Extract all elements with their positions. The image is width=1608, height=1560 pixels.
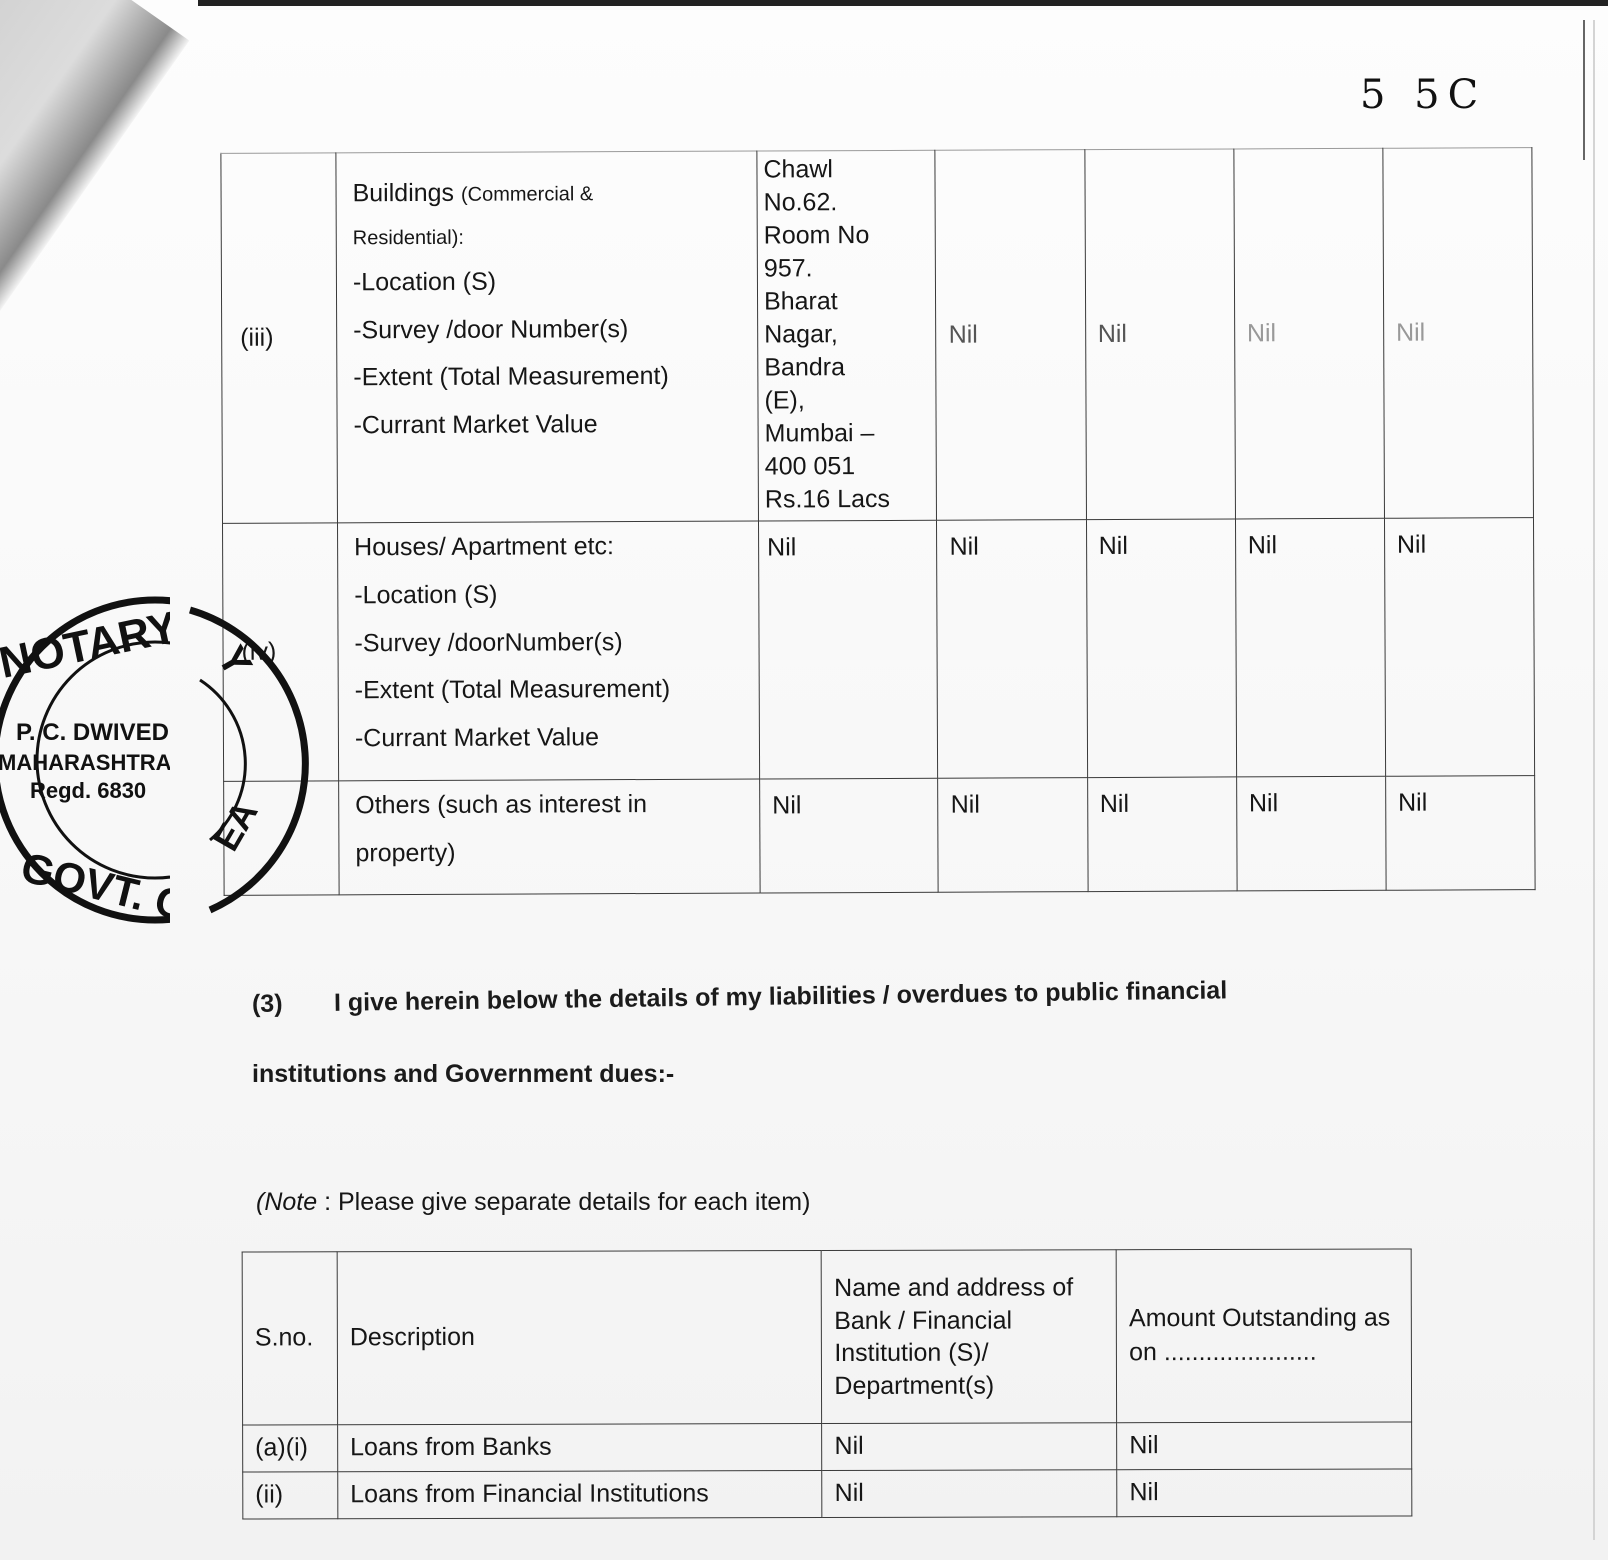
location-line: Mumbai – xyxy=(765,417,933,451)
notary-stamp-right-arc: Y EA xyxy=(170,590,320,930)
description-line: -Location (S) xyxy=(353,264,745,299)
table-row: (iii) Buildings (Commercial & Residentia… xyxy=(221,148,1534,524)
location-line: No.62. xyxy=(764,186,932,220)
value-cell: Nil xyxy=(1383,148,1534,519)
note-body: : Please give separate details for each … xyxy=(317,1188,810,1216)
svg-text:Regd. 6830: Regd. 6830 xyxy=(30,778,146,803)
value-cell: Nil xyxy=(1385,775,1535,890)
location-cell: Nil xyxy=(760,778,939,893)
row-description: Buildings (Commercial & Residential): -L… xyxy=(336,151,759,523)
row-amount: Nil xyxy=(1117,1422,1412,1470)
section-text-line1: I give herein below the details of my li… xyxy=(334,976,1228,1016)
description-line: -Location (S) xyxy=(354,577,746,612)
row-sno: (ii) xyxy=(243,1472,338,1519)
header-sno: S.no. xyxy=(242,1252,337,1425)
value-cell: Nil xyxy=(1384,518,1534,776)
section-3-statement: (3)I give herein below the details of my… xyxy=(252,976,1228,1019)
location-line: Nagar, xyxy=(764,318,932,352)
location-line: (E), xyxy=(764,384,932,418)
row-bank: Nil xyxy=(822,1423,1117,1471)
row-description: Others (such as interest in property) xyxy=(339,779,760,895)
row-amount: Nil xyxy=(1117,1469,1412,1517)
value-cell: Nil xyxy=(935,150,1086,521)
description-line: -Currant Market Value xyxy=(354,408,746,443)
location-line: Room No xyxy=(764,219,932,253)
value-cell: Nil xyxy=(1087,777,1237,892)
folded-corner-shadow xyxy=(0,0,189,335)
row-description: Houses/ Apartment etc: -Location (S) -Su… xyxy=(338,521,760,781)
description-title: Buildings (Commercial & xyxy=(352,176,744,211)
row-bank: Nil xyxy=(822,1469,1117,1517)
assets-table: (iii) Buildings (Commercial & Residentia… xyxy=(220,147,1535,896)
page-right-edge-dark xyxy=(1583,20,1585,160)
value-cell: Nil xyxy=(1084,149,1235,520)
value-cell: Nil xyxy=(937,520,1087,778)
notary-stamp-left-half: NOTARY P. C. DWIVEDI MAHARASHTRA Regd. 6… xyxy=(0,590,170,930)
value-cell: Nil xyxy=(1235,518,1385,776)
location-line: Bharat xyxy=(764,285,932,319)
header-amount: Amount Outstanding as on ...............… xyxy=(1116,1249,1411,1423)
description-line: -Currant Market Value xyxy=(355,721,747,756)
value-cell: Nil xyxy=(938,777,1088,892)
location-line: 957. xyxy=(764,252,932,286)
row-description: Loans from Financial Institutions xyxy=(338,1470,823,1518)
section-text-line2: institutions and Government dues:- xyxy=(252,1060,674,1089)
header-description: Description xyxy=(337,1251,822,1425)
svg-text:EA: EA xyxy=(205,794,266,858)
table-header-row: S.no. Description Name and address of Ba… xyxy=(242,1249,1411,1425)
page-right-edge xyxy=(1593,20,1595,1540)
value-cell: Nil xyxy=(1236,776,1386,891)
location-value: Rs.16 Lacs xyxy=(765,483,933,517)
table-row: (a)(i) Loans from Banks Nil Nil xyxy=(243,1422,1412,1472)
value-cell: Nil xyxy=(1086,519,1236,777)
table-row: (iv) Houses/ Apartment etc: -Location (S… xyxy=(223,518,1535,781)
liabilities-table: S.no. Description Name and address of Ba… xyxy=(242,1248,1413,1519)
description-line: -Extent (Total Measurement) xyxy=(353,360,745,395)
description-line: -Survey /doorNumber(s) xyxy=(354,625,746,660)
description-line: -Survey /door Number(s) xyxy=(353,312,745,347)
description-title-cont: Residential): xyxy=(353,223,745,252)
location-line: Chawl xyxy=(763,153,931,187)
scan-top-edge xyxy=(198,0,1608,6)
description-line: Others (such as interest in xyxy=(355,787,747,822)
row-description: Loans from Banks xyxy=(338,1424,823,1472)
notary-stamp-icon: NOTARY P. C. DWIVEDI MAHARASHTRA Regd. 6… xyxy=(0,590,170,930)
document-page: 5 5C (iii) Buildings (Commercial & Resid… xyxy=(0,0,1608,1560)
handwritten-page-number: 5 5C xyxy=(1360,72,1486,118)
svg-text:MAHARASHTRA: MAHARASHTRA xyxy=(0,750,170,775)
description-line: property) xyxy=(355,835,747,870)
location-cell: Nil xyxy=(758,520,938,779)
row-number: (iii) xyxy=(221,153,338,523)
svg-text:GOVT. OF INDIA: GOVT. OF INDIA xyxy=(17,843,170,930)
header-bank: Name and address of Bank / Financial Ins… xyxy=(822,1250,1117,1424)
row-sno: (a)(i) xyxy=(243,1425,338,1472)
value-cell: Nil xyxy=(1234,148,1385,519)
description-title: Houses/ Apartment etc: xyxy=(354,530,746,565)
note-label: (Note xyxy=(256,1188,317,1216)
table-row: Others (such as interest in property) Ni… xyxy=(224,775,1535,895)
location-line: Bandra xyxy=(764,351,932,385)
table-row: (ii) Loans from Financial Institutions N… xyxy=(243,1469,1412,1519)
svg-text:P. C. DWIVEDI: P. C. DWIVEDI xyxy=(16,719,170,746)
section-number: (3) xyxy=(252,989,334,1019)
location-line: 400 051 xyxy=(765,450,933,484)
location-cell: Chawl No.62. Room No 957. Bharat Nagar, … xyxy=(757,150,937,521)
note-text: (Note : Please give separate details for… xyxy=(256,1188,810,1217)
description-line: -Extent (Total Measurement) xyxy=(355,673,747,708)
